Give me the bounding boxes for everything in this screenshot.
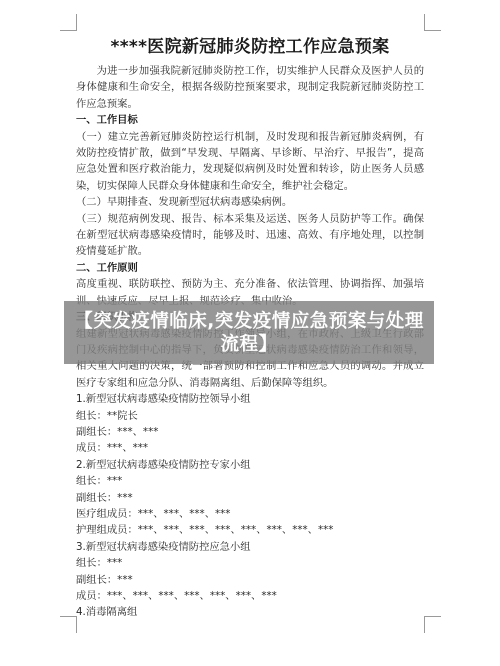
crop-mark-top-right [424, 14, 441, 31]
crop-mark-bottom-left [60, 616, 77, 633]
banner-text: 【突发疫情临床,突发疫情应急预案与处理流程】 [69, 310, 429, 356]
group-title-disinfection: 4.消毒隔离组 [76, 604, 424, 620]
group-title-experts: 2.新型冠状病毒感染疫情防控专家小组 [76, 457, 424, 473]
group-title-emergency: 3.新型冠状病毒感染疫情防控应急小组 [76, 539, 424, 555]
document-page: ****医院新冠肺炎防控工作应急预案 为进一步加强我院新冠肺炎防控工作，切实维护… [0, 0, 500, 666]
section-heading-goals: 一、工作目标 [76, 112, 424, 128]
goal-item-2: （二）早期排查、发现新型冠状病毒感染病例。 [76, 194, 424, 210]
section-heading-principles: 二、工作原则 [76, 260, 424, 276]
group-line: 副组长：*** [76, 490, 424, 506]
group-line: 护理组成员：***、***、***、***、***、***、***、*** [76, 522, 424, 538]
intro-paragraph: 为进一步加强我院新冠肺炎防控工作，切实维护人民群众及医护人员的身体健康和生命安全… [76, 63, 424, 112]
title-overlay-banner: 【突发疫情临床,突发疫情应急预案与处理流程】 [64, 301, 434, 364]
goal-item-3: （三）规范病例发现、报告、标本采集及运送、医务人员防护等工作。确保在新型冠状病毒… [76, 211, 424, 260]
group-line: 组长：**院长 [76, 408, 424, 424]
group-line: 成员：***、*** [76, 440, 424, 456]
group-line: 副组长：*** [76, 572, 424, 588]
crop-mark-top-left [60, 14, 77, 31]
group-line: 医疗组成员：***、***、***、*** [76, 506, 424, 522]
group-line: 成员：***、***、***、***、***、***、*** [76, 588, 424, 604]
crop-mark-bottom-right [424, 616, 441, 633]
goal-item-1: （一）建立完善新冠肺炎防控运行机制，及时发现和报告新冠肺炎病例，有效防控疫情扩散… [76, 129, 424, 195]
group-line: 组长：*** [76, 555, 424, 571]
group-line: 组长：*** [76, 473, 424, 489]
group-title-leadership: 1.新型冠状病毒感染疫情防控领导小组 [76, 391, 424, 407]
group-line: 副组长：***、*** [76, 424, 424, 440]
document-title: ****医院新冠肺炎防控工作应急预案 [0, 36, 500, 58]
